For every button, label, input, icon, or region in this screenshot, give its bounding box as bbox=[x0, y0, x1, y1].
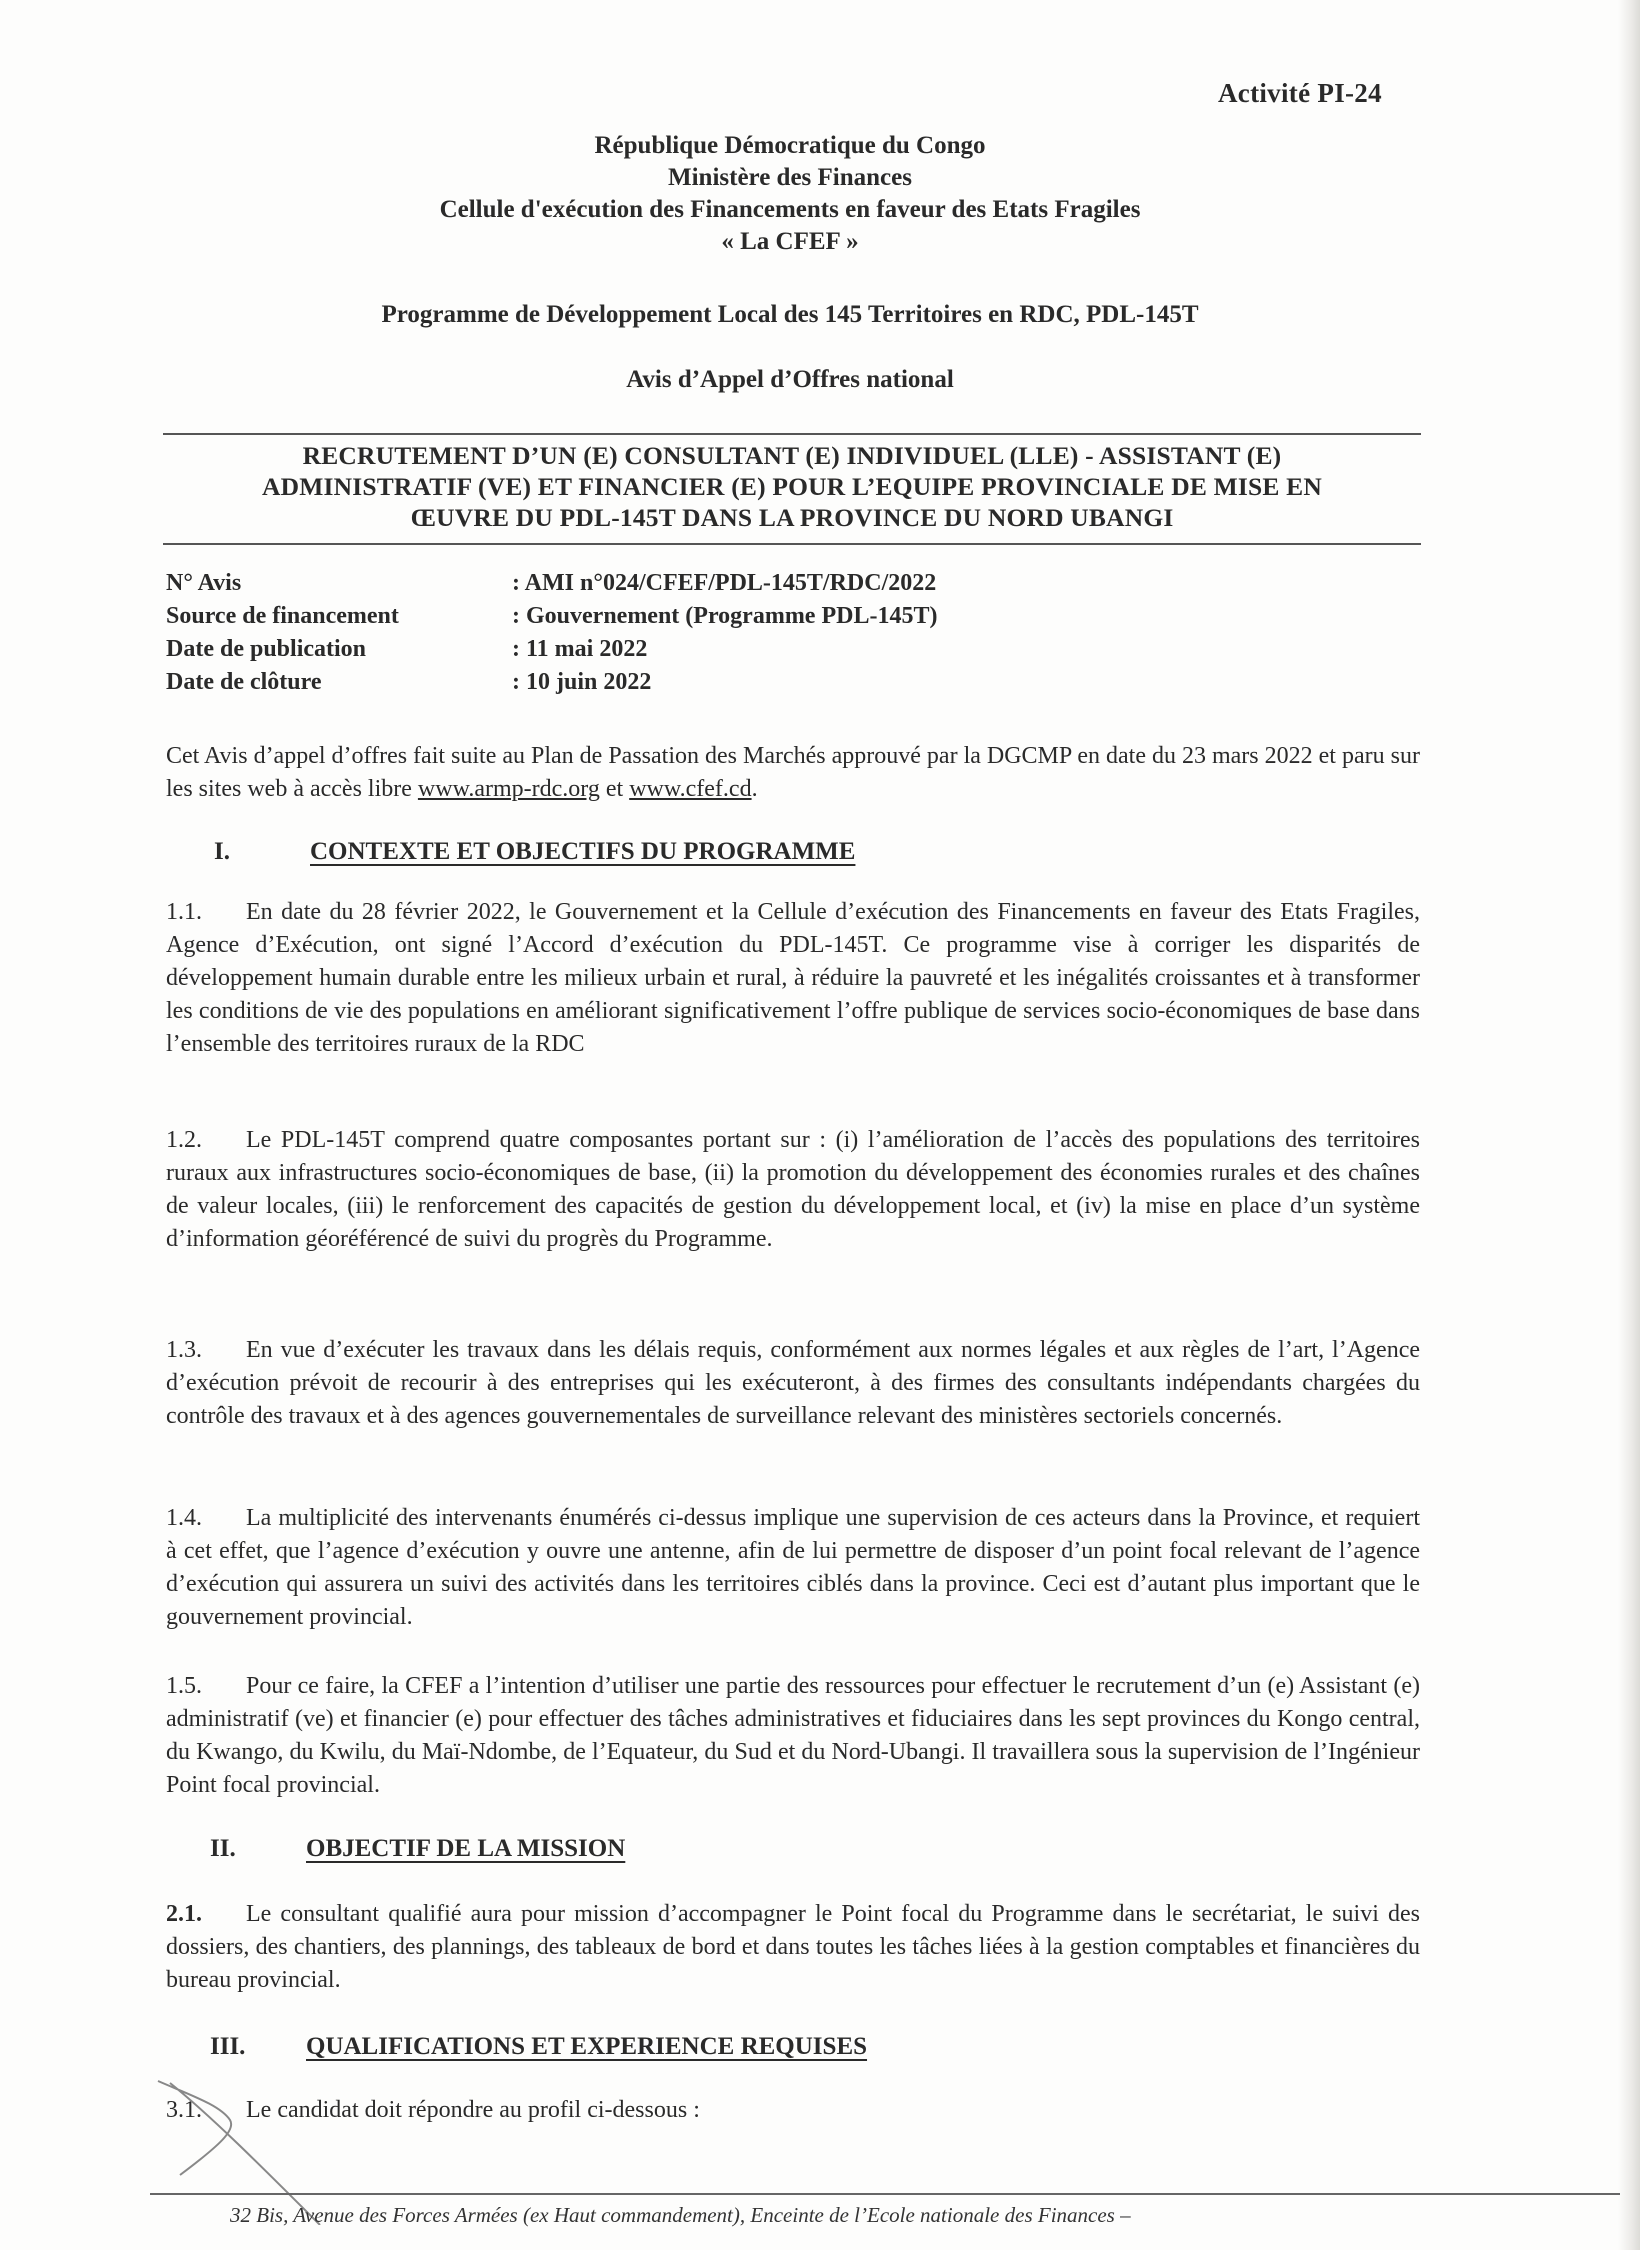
letterhead: République Démocratique du Congo Ministè… bbox=[0, 130, 1580, 258]
section-number: III. bbox=[210, 2033, 306, 2061]
link-cfef[interactable]: www.cfef.cd bbox=[629, 776, 751, 802]
paragraph-number: 1.2. bbox=[166, 1124, 246, 1157]
paragraph-1-2: 1.2.Le PDL-145T comprend quatre composan… bbox=[166, 1124, 1420, 1256]
paragraph-number: 1.4. bbox=[166, 1502, 246, 1535]
paragraph-text: En date du 28 février 2022, le Gouvernem… bbox=[166, 899, 1420, 1057]
activity-reference: Activité PI-24 bbox=[1218, 78, 1382, 109]
paragraph-1-5: 1.5.Pour ce faire, la CFEF a l’intention… bbox=[166, 1670, 1420, 1802]
intro-paragraph: Cet Avis d’appel d’offres fait suite au … bbox=[166, 740, 1420, 806]
paragraph-text: La multiplicité des intervenants énuméré… bbox=[166, 1505, 1420, 1630]
meta-label: Source de financement bbox=[166, 600, 512, 633]
meta-value: : Gouvernement (Programme PDL-145T) bbox=[512, 600, 937, 633]
ministry-name: Ministère des Finances bbox=[0, 162, 1580, 194]
meta-label: Date de publication bbox=[166, 633, 512, 666]
paragraph-text: Le consultant qualifié aura pour mission… bbox=[166, 1901, 1420, 1993]
title-line: ŒUVRE DU PDL-145T DANS LA PROVINCE DU NO… bbox=[163, 502, 1421, 533]
paragraph-number: 2.1. bbox=[166, 1898, 246, 1931]
meta-value: : AMI n°024/CFEF/PDL-145T/RDC/2022 bbox=[512, 567, 936, 600]
intro-text: Cet Avis d’appel d’offres fait suite au … bbox=[166, 743, 1420, 802]
meta-row-notice-number: N° Avis : AMI n°024/CFEF/PDL-145T/RDC/20… bbox=[166, 567, 937, 600]
title-rule-top bbox=[163, 433, 1421, 435]
link-armp[interactable]: www.armp-rdc.org bbox=[418, 776, 600, 802]
title-line: RECRUTEMENT D’UN (E) CONSULTANT (E) INDI… bbox=[163, 440, 1421, 471]
program-name: Programme de Développement Local des 145… bbox=[0, 301, 1580, 329]
paragraph-2-1: 2.1.Le consultant qualifié aura pour mis… bbox=[166, 1898, 1420, 1997]
title-line: ADMINISTRATIF (VE) ET FINANCIER (E) POUR… bbox=[163, 471, 1421, 502]
meta-value: : 11 mai 2022 bbox=[512, 633, 647, 666]
cell-short-name: « La CFEF » bbox=[0, 226, 1580, 258]
section-number: II. bbox=[210, 1835, 306, 1863]
section-title: QUALIFICATIONS ET EXPERIENCE REQUISES bbox=[306, 2033, 867, 2060]
paragraph-number: 1.1. bbox=[166, 896, 246, 929]
meta-row-closing-date: Date de clôture : 10 juin 2022 bbox=[166, 666, 937, 699]
paragraph-number: 1.3. bbox=[166, 1334, 246, 1367]
section-heading-3: III.QUALIFICATIONS ET EXPERIENCE REQUISE… bbox=[210, 2033, 867, 2061]
paragraph-3-1: 3.1.Le candidat doit répondre au profil … bbox=[166, 2094, 1420, 2127]
section-heading-2: II.OBJECTIF DE LA MISSION bbox=[210, 1835, 625, 1863]
section-number: I. bbox=[214, 838, 310, 866]
section-title: CONTEXTE ET OBJECTIFS DU PROGRAMME bbox=[310, 838, 855, 865]
footer-address: 32 Bis, Avenue des Forces Armées (ex Hau… bbox=[230, 2203, 1131, 2228]
document-title: RECRUTEMENT D’UN (E) CONSULTANT (E) INDI… bbox=[163, 440, 1421, 533]
paragraph-1-1: 1.1.En date du 28 février 2022, le Gouve… bbox=[166, 896, 1420, 1061]
footer-rule bbox=[150, 2193, 1620, 2195]
meta-row-publication-date: Date de publication : 11 mai 2022 bbox=[166, 633, 937, 666]
intro-text: . bbox=[752, 776, 758, 802]
notice-type: Avis d’Appel d’Offres national bbox=[0, 366, 1580, 394]
paragraph-1-4: 1.4.La multiplicité des intervenants énu… bbox=[166, 1502, 1420, 1634]
meta-label: Date de clôture bbox=[166, 666, 512, 699]
section-title: OBJECTIF DE LA MISSION bbox=[306, 1835, 625, 1862]
paragraph-text: En vue d’exécuter les travaux dans les d… bbox=[166, 1337, 1420, 1429]
paragraph-text: Le PDL-145T comprend quatre composantes … bbox=[166, 1127, 1420, 1252]
paragraph-1-3: 1.3.En vue d’exécuter les travaux dans l… bbox=[166, 1334, 1420, 1433]
cell-name: Cellule d'exécution des Financements en … bbox=[0, 194, 1580, 226]
meta-value: : 10 juin 2022 bbox=[512, 666, 651, 699]
scan-page-edge bbox=[1618, 0, 1640, 2250]
meta-row-funding-source: Source de financement : Gouvernement (Pr… bbox=[166, 600, 937, 633]
country-name: République Démocratique du Congo bbox=[0, 130, 1580, 162]
title-rule-bottom bbox=[163, 543, 1421, 545]
paragraph-text: Pour ce faire, la CFEF a l’intention d’u… bbox=[166, 1673, 1420, 1798]
section-heading-1: I.CONTEXTE ET OBJECTIFS DU PROGRAMME bbox=[214, 838, 855, 866]
intro-text: et bbox=[600, 776, 629, 802]
meta-label: N° Avis bbox=[166, 567, 512, 600]
paragraph-number: 1.5. bbox=[166, 1670, 246, 1703]
notice-metadata: N° Avis : AMI n°024/CFEF/PDL-145T/RDC/20… bbox=[166, 567, 937, 699]
